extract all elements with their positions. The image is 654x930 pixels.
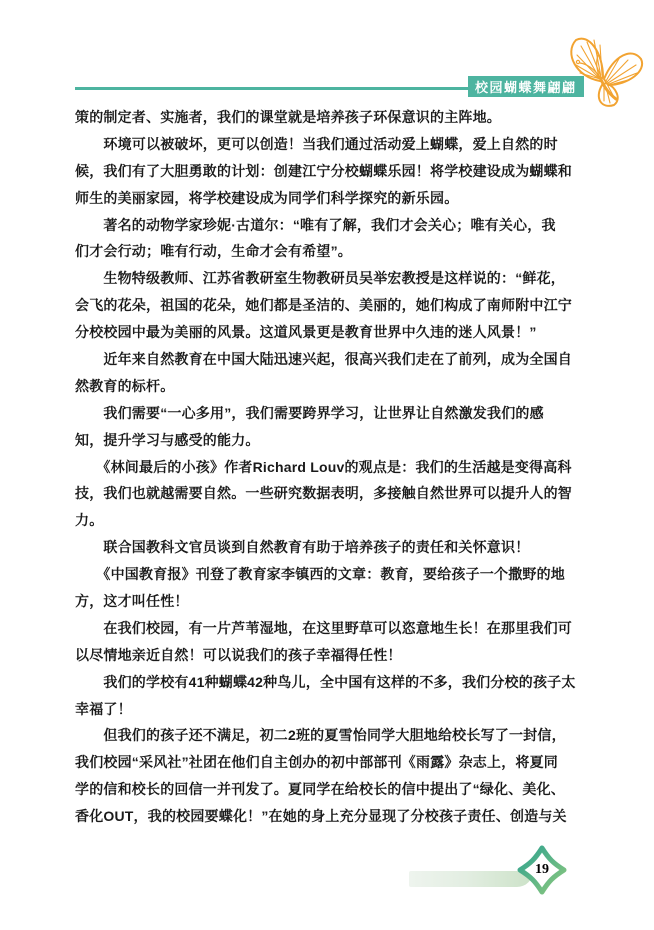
body-line: 师生的美丽家园，将学校建设成为同学们科学探究的新乐园。 xyxy=(75,185,585,212)
body-line: 学的信和校长的回信一并刊发了。夏同学在给校长的信中提出了“绿化、美化、 xyxy=(75,776,585,803)
body-line: 我们校园“采风社”社团在他们自主创办的初中部部刊《雨露》杂志上，将夏同 xyxy=(75,749,585,776)
body-line: 在我们校园，有一片芦苇湿地，在这里野草可以恣意地生长！在那里我们可 xyxy=(75,615,585,642)
body-line: 知，提升学习与感受的能力。 xyxy=(75,427,585,454)
body-line: 著名的动物学家珍妮·古道尔：“唯有了解，我们才会关心；唯有关心，我 xyxy=(75,212,585,239)
body-text: 策的制定者、实施者，我们的课堂就是培养孩子环保意识的主阵地。 环境可以被破坏，更… xyxy=(75,104,585,830)
book-page: 校园蝴蝶舞翩翩 策的制定者、实施者，我们的课堂就是培养孩子环保意识的主阵地。 环… xyxy=(0,0,654,930)
page-number-badge: 19 xyxy=(517,845,567,895)
body-line: 然教育的标杆。 xyxy=(75,373,585,400)
body-line: 力。 xyxy=(75,507,585,534)
body-line: 生物特级教师、江苏省教研室生物教研员吴举宏教授是这样说的：“鲜花， xyxy=(75,265,585,292)
butterfly-icon xyxy=(556,33,650,109)
body-line: 技，我们也就越需要自然。一些研究数据表明，多接触自然世界可以提升人的智 xyxy=(75,480,585,507)
body-line: 环境可以被破坏，更可以创造！当我们通过活动爱上蝴蝶，爱上自然的时 xyxy=(75,131,585,158)
body-line: 们才会行动；唯有行动，生命才会有希望”。 xyxy=(75,238,585,265)
body-line: 以尽情地亲近自然！可以说我们的孩子幸福得任性！ xyxy=(75,642,585,669)
body-line: 香化OUT，我的校园要蝶化！”在她的身上充分显现了分校孩子责任、创造与关 xyxy=(75,803,585,830)
body-line: 但我们的孩子还不满足，初二2班的夏雪怡同学大胆地给校长写了一封信， xyxy=(75,722,585,749)
body-line: 策的制定者、实施者，我们的课堂就是培养孩子环保意识的主阵地。 xyxy=(75,104,585,131)
body-line: 《中国教育报》刊登了教育家李镇西的文章：教育，要给孩子一个撒野的地 xyxy=(75,561,585,588)
body-line: 会飞的花朵，祖国的花朵，她们都是圣洁的、美丽的，她们构成了南师附中江宁 xyxy=(75,292,585,319)
body-line: 幸福了！ xyxy=(75,696,585,723)
footer-bar xyxy=(409,871,533,887)
body-line: 方，这才叫任性！ xyxy=(75,588,585,615)
body-line: 候，我们有了大胆勇敢的计划：创建江宁分校蝴蝶乐园！将学校建设成为蝴蝶和 xyxy=(75,158,585,185)
body-line: 近年来自然教育在中国大陆迅速兴起，很高兴我们走在了前列，成为全国自 xyxy=(75,346,585,373)
page-number: 19 xyxy=(517,845,567,895)
body-line: 分校校园中最为美丽的风景。这道风景更是教育世界中久违的迷人风景！” xyxy=(75,319,585,346)
body-line: 我们的学校有41种蝴蝶42种鸟儿，全中国有这样的不多，我们分校的孩子太 xyxy=(75,669,585,696)
body-line: 我们需要“一心多用”，我们需要跨界学习，让世界让自然激发我们的感 xyxy=(75,400,585,427)
body-line: 联合国教科文官员谈到自然教育有助于培养孩子的责任和关怀意识！ xyxy=(75,534,585,561)
body-line: 《林间最后的小孩》作者Richard Louv的观点是：我们的生活越是变得高科 xyxy=(75,454,585,481)
